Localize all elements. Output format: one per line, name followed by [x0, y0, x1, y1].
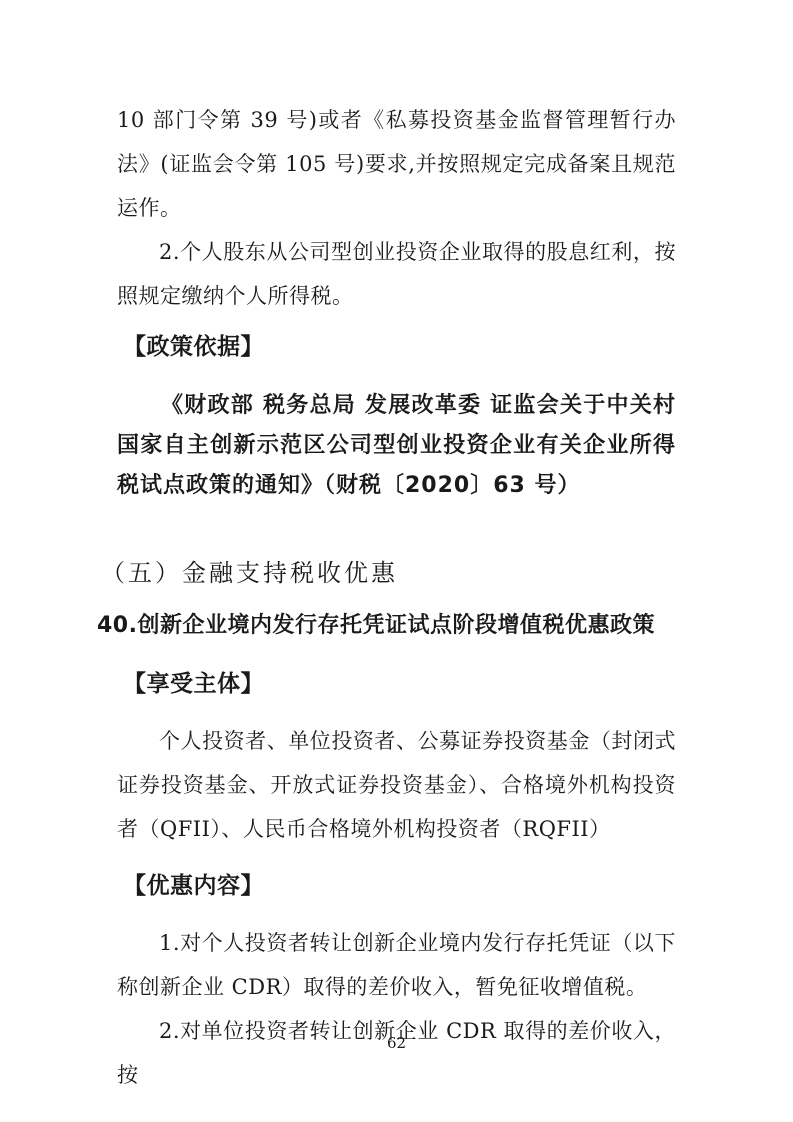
eligible-subject-heading: 【享受主体】 [123, 669, 676, 699]
policy-basis-reference: 《财政部 税务总局 发展改革委 证监会关于中关村国家自主创新示范区公司型创业投资… [117, 386, 676, 506]
section-five-heading: （五）金融支持税收优惠 [101, 557, 676, 589]
benefit-item-1: 1.对个人投资者转让创新企业境内发行存托凭证（以下称创新企业 CDR）取得的差价… [117, 921, 676, 1009]
paragraph-item2-personal-tax: 2.个人股东从公司型创业投资企业取得的股息红利，按照规定缴纳个人所得税。 [117, 230, 676, 318]
benefit-content-heading: 【优惠内容】 [123, 871, 676, 901]
document-page: 10 部门令第 39 号)或者《私募投资基金监督管理暂行办法》(证监会令第 10… [0, 0, 793, 1122]
policy-basis-heading: 【政策依据】 [123, 332, 676, 362]
eligible-subject-text: 个人投资者、单位投资者、公募证券投资基金（封闭式证券投资基金、开放式证券投资基金… [117, 719, 676, 851]
page-number: 62 [0, 1034, 793, 1052]
item-40-title: 40.创新企业境内发行存托凭证试点阶段增值税优惠政策 [97, 611, 676, 641]
benefit-item-2: 2.对单位投资者转让创新企业 CDR 取得的差价收入，按 [117, 1009, 676, 1097]
paragraph-continuation: 10 部门令第 39 号)或者《私募投资基金监督管理暂行办法》(证监会令第 10… [117, 98, 676, 230]
